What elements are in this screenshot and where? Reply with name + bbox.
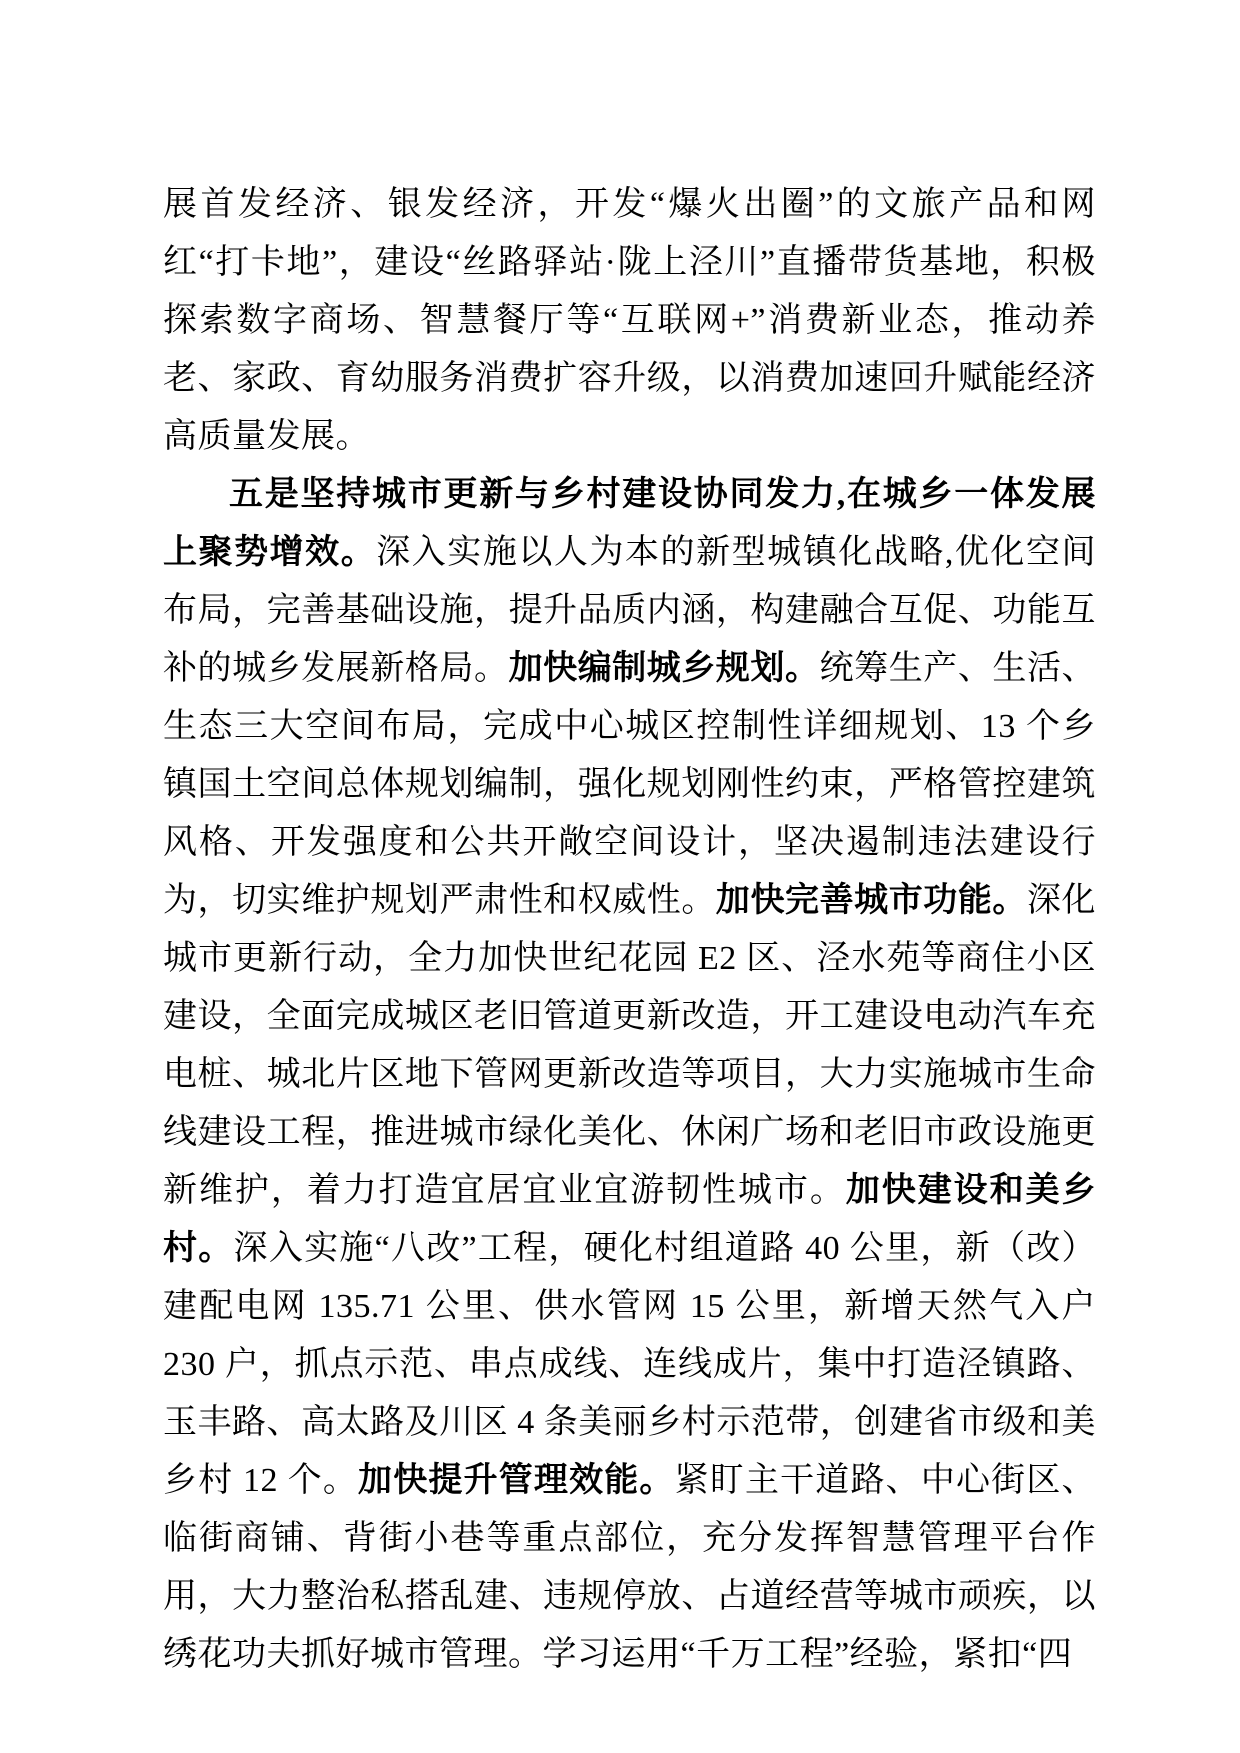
- bold-heading-run: 加快提升管理效能。: [358, 1462, 675, 1499]
- document-page: 展首发经济、银发经济，开发“爆火出圈”的文旅产品和网红“打卡地”，建设“丝路驿站…: [0, 0, 1240, 1753]
- text-run: 深入实施“八改”工程，硬化村组道路 40 公里，新（改）建配电网 135.71 …: [163, 1230, 1096, 1499]
- continuation-paragraph: 展首发经济、银发经济，开发“爆火出圈”的文旅产品和网红“打卡地”，建设“丝路驿站…: [163, 176, 1096, 466]
- text-run: 统筹生产、生活、生态三大空间布局，完成中心城区控制性详细规划、13 个乡镇国土空…: [163, 650, 1096, 919]
- text-run: 深化城市更新行动，全力加快世纪花园 E2 区、泾水苑等商住小区建设，全面完成城区…: [163, 882, 1096, 1209]
- document-body: 展首发经济、银发经济，开发“爆火出圈”的文旅产品和网红“打卡地”，建设“丝路驿站…: [163, 176, 1096, 1684]
- bold-heading-run: 加快完善城市功能。: [716, 882, 1027, 919]
- section-five-paragraph: 五是坚持城市更新与乡村建设协同发力,在城乡一体发展上聚势增效。深入实施以人为本的…: [163, 466, 1096, 1684]
- text-run: 展首发经济、银发经济，开发“爆火出圈”的文旅产品和网红“打卡地”，建设“丝路驿站…: [163, 186, 1096, 455]
- bold-heading-run: 加快编制城乡规划。: [509, 650, 820, 687]
